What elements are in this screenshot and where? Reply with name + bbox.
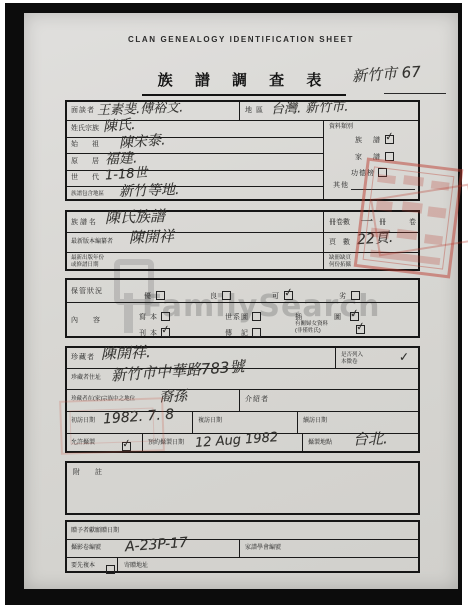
content-label: 內 容	[71, 317, 104, 325]
volumes-label: 冊卷數	[329, 219, 350, 227]
condition-option-good: 良	[210, 287, 222, 305]
sheet-number-underline	[384, 93, 446, 94]
content-option-printed: 刊 本✓	[139, 324, 170, 342]
photo-background: FamilySearch CLAN GENEALOGY IDENTIFICATI…	[5, 3, 462, 605]
copy-first-label: 要先複本	[71, 563, 95, 570]
third-visit-label: 續訪日期	[303, 418, 327, 425]
origin-label: 原 居	[71, 158, 99, 166]
missing-label-line1: 缺冊缺頁	[329, 255, 351, 262]
owner-address-value: 新竹市中華路783號	[111, 359, 245, 383]
condition-option-excellent: 優	[144, 287, 156, 305]
generations-label: 世 代	[71, 174, 99, 182]
category-title: 資料類別	[329, 124, 353, 131]
mailing-address-label: 寄贈地址	[124, 563, 148, 570]
table-condition-content: 保管狀況 優 良 可✓ 劣 內 容 寫 本 刊 本✓ 世系圖 傳 記 插 圖✓ …	[65, 278, 420, 338]
condition-option-fair: 可✓	[272, 287, 293, 305]
introducer-label: 介紹者	[245, 396, 269, 404]
interviewer-label: 面談者	[71, 107, 95, 115]
genealogy-name-label: 族 譜 名	[71, 219, 96, 227]
microfilm-checkmark: ✓	[399, 351, 409, 363]
red-ink-stamp-faint	[59, 397, 165, 455]
film-place-value: 台北.	[353, 431, 388, 447]
content-option-women-label2: (非僅姓氏)	[295, 328, 321, 335]
pubyear-label-line2: 或修譜日期	[71, 262, 99, 269]
generations-value: 1-18世	[105, 167, 148, 183]
notes-box: 附 註	[65, 461, 420, 515]
content-option-biography: 傳 記	[225, 324, 252, 342]
owner-address-label: 珍藏者住址	[71, 375, 101, 382]
genealogy-name-value: 陳氏族譜	[105, 209, 166, 226]
sheet-title-english: CLAN GENEALOGY IDENTIFICATION SHEET	[24, 35, 458, 44]
content-option-women-checkbox: ✓	[353, 321, 365, 339]
category-other-label: 其他	[333, 182, 349, 190]
condition-label: 保管狀況	[71, 288, 103, 296]
region-value: 台灣. 新竹市.	[271, 101, 349, 117]
film-place-label: 攝製地點	[308, 440, 332, 447]
compiler-value: 陳開祥	[129, 229, 175, 246]
donation-date-label: 贈予者獻願贈日期	[71, 528, 119, 535]
condition-option-poor: 劣	[339, 287, 351, 305]
film-number-label: 攝影卷編號	[71, 545, 101, 552]
table-donation-numbers: 贈予者獻願贈日期 攝影卷編號 A-23P-17 家譜學會編號 要先複本 寄贈地址	[65, 520, 420, 573]
sheet-title-chinese: 族 譜 調 查 表	[142, 69, 346, 96]
copy-first-checkbox	[103, 561, 106, 579]
category-option-zupu: 族 譜✓	[355, 131, 394, 149]
origin-value: 福建.	[105, 151, 138, 166]
second-visit-label: 複訪日期	[198, 418, 222, 425]
pages-label: 頁 數	[329, 239, 350, 247]
covered-regions-value: 新竹等地.	[119, 183, 180, 199]
compiler-label: 最新版本編纂者	[71, 239, 113, 246]
missing-label-line2: 何份拓攝	[329, 262, 351, 269]
sheet-number-handwritten: 新竹市 67	[352, 65, 422, 85]
surname-clan-value: 陳氏.	[103, 118, 136, 134]
pubyear-label-line1: 最新出版年份	[71, 255, 104, 262]
first-ancestor-label: 始 祖	[71, 141, 99, 149]
content-option-women-label1: 有關婦女資料	[295, 321, 328, 328]
document-paper: FamilySearch CLAN GENEALOGY IDENTIFICATI…	[24, 13, 458, 589]
microfilm-label-line2: 本微卷	[341, 359, 358, 366]
interviewer-value: 王素斐.傅裕文.	[97, 101, 184, 117]
covered-regions-label: 族譜包含地區	[71, 191, 104, 198]
film-number-value: A-23P-17	[125, 536, 189, 554]
surname-clan-label: 姓氏宗族	[71, 125, 99, 133]
society-number-label: 家譜學會編號	[245, 545, 281, 552]
owner-value: 陳開祥.	[101, 345, 151, 362]
owner-label: 珍藏者	[71, 354, 95, 362]
first-ancestor-value: 陳宋泰.	[119, 133, 166, 150]
region-label: 地 區	[245, 107, 264, 115]
notes-label: 附 註	[73, 469, 106, 477]
microfilm-label-line1: 是否列入	[341, 352, 363, 359]
